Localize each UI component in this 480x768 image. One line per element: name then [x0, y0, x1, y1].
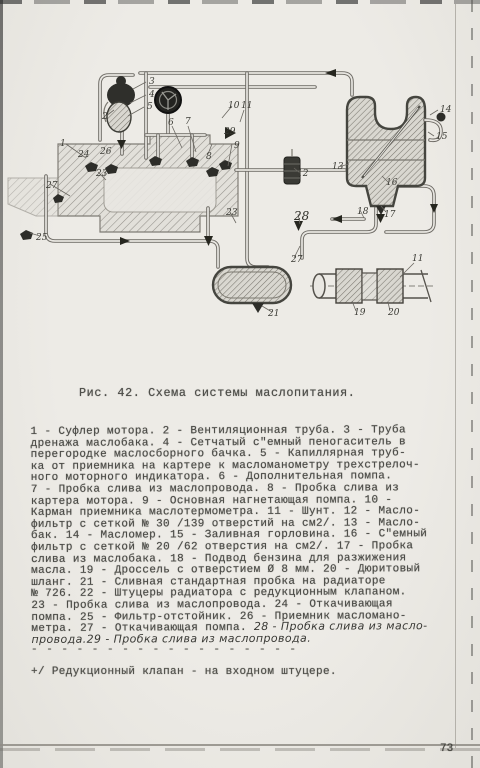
diagram-part-number: 8 — [206, 152, 212, 162]
diagram-part-number: 25 — [35, 233, 48, 243]
diagram-part-number: 28 — [293, 209, 310, 223]
diagram-part-number: 3 — [149, 77, 155, 87]
diagram-part-number: 15 — [436, 132, 448, 142]
diagram-part-number: 14 — [440, 105, 452, 115]
diagram-part-number: 16 — [386, 178, 398, 188]
diagram-part-number: 23 — [225, 208, 238, 218]
diagram-part-number: 11 — [412, 254, 423, 264]
diagram-part-number: 11 — [241, 101, 252, 111]
scan-edge-bottom — [0, 748, 480, 751]
diagram-part-number: 19 — [354, 308, 366, 318]
diagram-part-number: 7 — [185, 117, 191, 127]
diagram-part-number: 4 — [148, 90, 155, 100]
legend-line: 7 - Пробка слива из маслопровода. 8 - Пр… — [31, 481, 463, 494]
diagram-part-number: 5 — [147, 102, 153, 112]
diagram-part-number: 10 — [228, 101, 240, 111]
oil-radiator — [213, 267, 291, 313]
scan-edge-top — [0, 0, 480, 4]
diagram-part-number: 6 — [168, 118, 174, 128]
legend-line: масла. 19 - Дроссель с отверстием Ø 8 мм… — [31, 562, 463, 575]
diagram-part-number: 13 — [332, 162, 344, 172]
diagram-part-number: 20 — [387, 308, 400, 318]
diagram-part-number: 26 — [99, 147, 112, 157]
diagram-part-number: 18 — [357, 207, 369, 217]
diagram-part-number: 24 — [77, 150, 90, 160]
oil-system-diagram: 1272524262323456789291011121314151617182… — [0, 18, 480, 372]
diagram-part-number: 27 — [290, 255, 303, 265]
oil-pressure-gauge — [155, 87, 181, 113]
diagram-part-number: 12 — [297, 169, 309, 179]
diagram-part-number: 1 — [60, 139, 66, 149]
figure-caption: Рис. 42. Схема системы маслопитания. — [79, 386, 355, 400]
footnote-text: +/ Редукционный клапан - на входном штуц… — [31, 666, 337, 678]
diagram-part-number: 23 — [95, 169, 108, 179]
footnote-separator: - - - - - - - - - - - - - - - - - - — [31, 644, 297, 656]
diagram-part-number: 29 — [223, 127, 236, 137]
diagram-part-number: 2 — [101, 112, 108, 122]
hose-detail — [310, 269, 436, 303]
legend-line: № 726. 22 - Штуцеры радиатора с редукцио… — [31, 585, 463, 598]
legend-line: ка от приемника на картере к масломаноме… — [31, 458, 463, 471]
diagram-part-number: 9 — [234, 141, 240, 151]
page-number: 73 — [440, 743, 453, 755]
figure-legend: 1 - Суфлер мотора. 2 - Вентиляционная тр… — [31, 423, 464, 645]
engine-breather — [104, 76, 135, 132]
diagram-part-number: 21 — [267, 309, 279, 319]
page-border-bottom — [0, 744, 480, 746]
diagram-part-number: 27 — [45, 181, 58, 191]
scanned-page: 1272524262323456789291011121314151617182… — [0, 0, 480, 768]
diagram-part-number: 17 — [384, 210, 396, 220]
